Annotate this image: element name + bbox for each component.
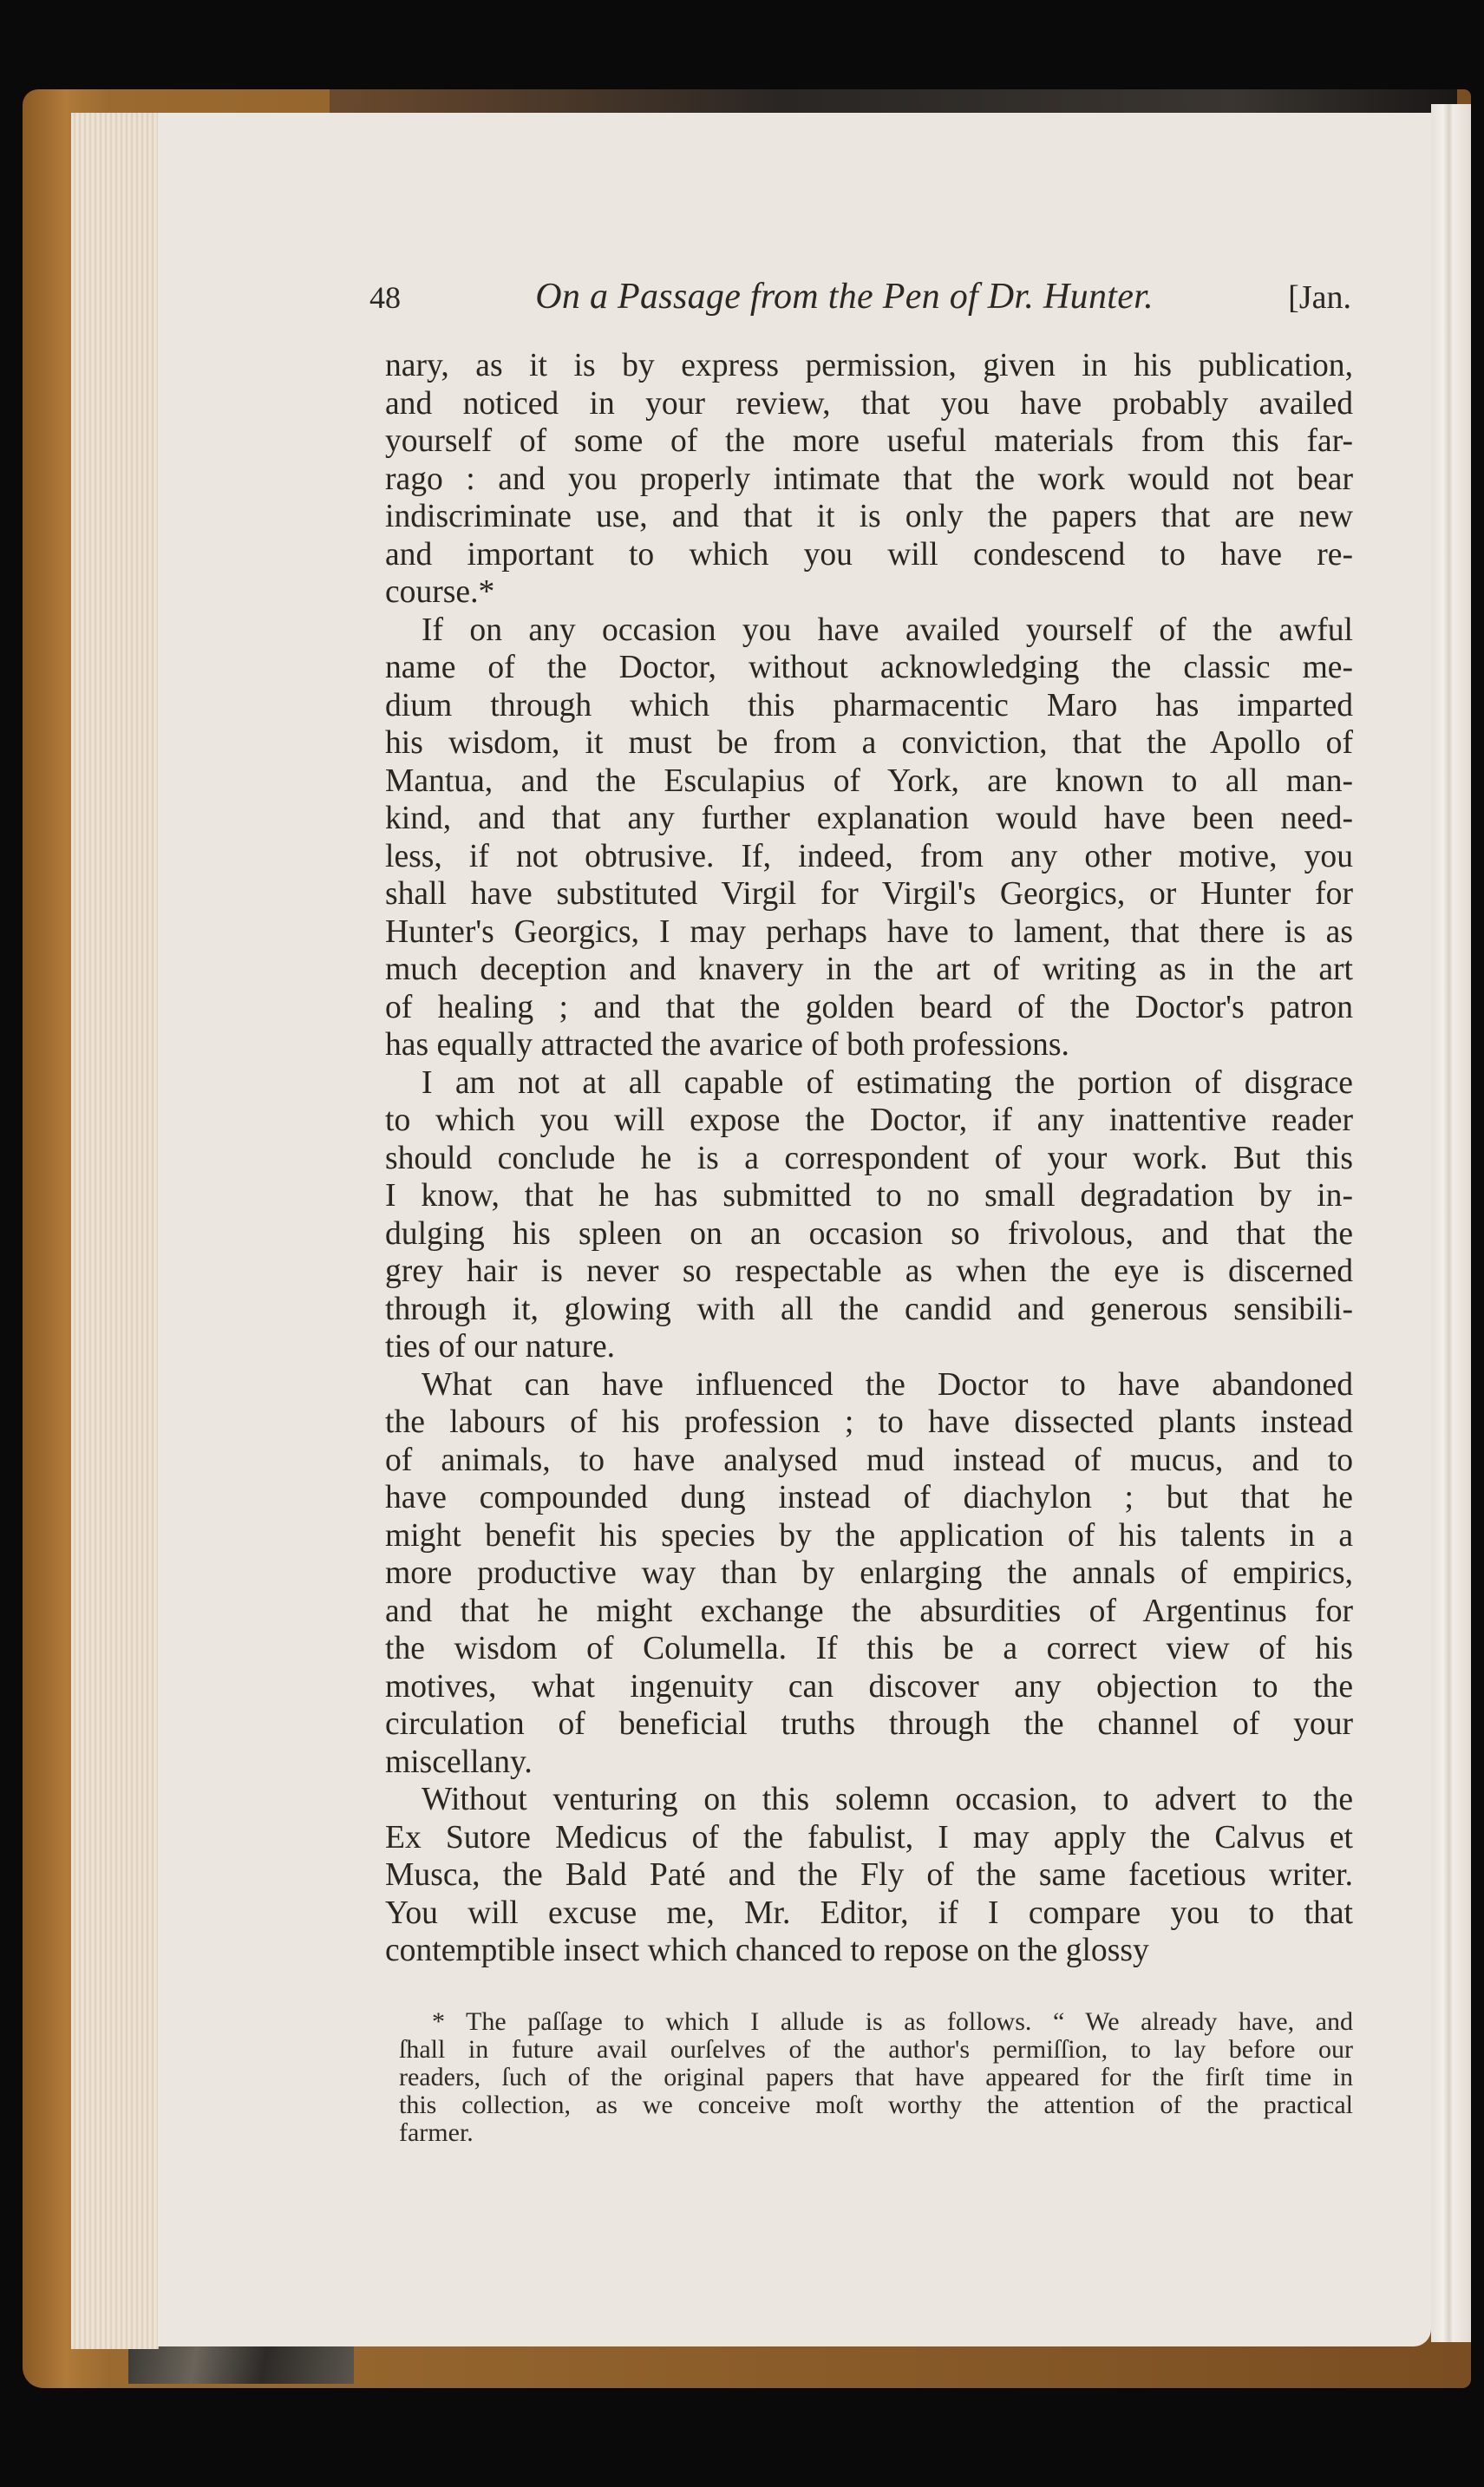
text-line: You will excuse me, Mr. Editor, if I com… [385,1895,1353,1933]
text-line: less, if not obtrusive. If, indeed, from… [385,838,1353,876]
text-line: nary, as it is by express permission, gi… [385,347,1353,385]
text-line: contemptible insect which chanced to rep… [385,1932,1353,1970]
footnote-line: this collection, as we conceive moſt wor… [399,2091,1353,2119]
text-line: of healing ; and that the golden beard o… [385,989,1353,1027]
text-line: through it, glowing with all the candid … [385,1291,1353,1329]
text-line: rago : and you properly intimate that th… [385,461,1353,499]
text-line: Musca, the Bald Paté and the Fly of the … [385,1856,1353,1895]
footnote-line: farmer. [399,2119,1353,2147]
running-title: On a Passage from the Pen of Dr. Hunter. [535,276,1154,317]
text-line: has equally attracted the avarice of bot… [385,1026,1353,1064]
cover-spine-edge [330,89,1457,114]
text-line: ties of our nature. [385,1328,1353,1366]
text-line: name of the Doctor, without acknowledgin… [385,649,1353,687]
text-line: miscellany. [385,1744,1353,1782]
text-line: indiscriminate use, and that it is only … [385,498,1353,536]
text-line: and important to which you will condesce… [385,536,1353,574]
text-line: to which you will expose the Doctor, if … [385,1102,1353,1140]
paragraph: nary, as it is by express permission, gi… [385,347,1353,612]
text-line: dulging his spleen on an occasion so fri… [385,1215,1353,1253]
body-text: nary, as it is by express permission, gi… [385,347,1353,1970]
paragraph: What can have influenced the Doctor to h… [385,1366,1353,1782]
paragraph: I am not at all capable of estimating th… [385,1064,1353,1366]
text-line: should conclude he is a correspondent of… [385,1140,1353,1178]
text-line: kind, and that any further explanation w… [385,800,1353,838]
page-number: 48 [369,279,401,316]
text-line: shall have substituted Virgil for Virgil… [385,875,1353,913]
cover-marbled-edge [128,2342,354,2384]
text-line: grey hair is never so respectable as whe… [385,1253,1353,1291]
text-line: much deception and knavery in the art of… [385,951,1353,989]
text-line: of animals, to have analysed mud instead… [385,1442,1353,1480]
footnote-line: readers, ſuch of the original papers tha… [399,2064,1353,2091]
text-line: If on any occasion you have availed your… [385,612,1353,650]
text-line: and that he might exchange the absurditi… [385,1593,1353,1631]
paragraph: Without venturing on this solemn occasio… [385,1781,1353,1970]
text-line: and noticed in your review, that you hav… [385,385,1353,423]
text-line: his wisdom, it must be from a conviction… [385,724,1353,762]
text-line: circulation of beneficial truths through… [385,1705,1353,1744]
text-line: Ex Sutore Medicus of the fabulist, I may… [385,1819,1353,1857]
text-line: What can have influenced the Doctor to h… [385,1366,1353,1404]
page-stack-left [71,113,159,2349]
footnote: * The paſſage to which I allude is as fo… [399,2008,1353,2147]
text-line: motives, what ingenuity can discover any… [385,1668,1353,1706]
text-line: Without venturing on this solemn occasio… [385,1781,1353,1819]
text-line: have compounded dung instead of diachylo… [385,1479,1353,1517]
page-edge-right [1431,104,1471,2342]
footnote-line: ſhall in future avail ourſelves of the a… [399,2036,1353,2064]
text-line: Mantua, and the Esculapius of York, are … [385,762,1353,801]
text-line: Hunter's Georgics, I may perhaps have to… [385,913,1353,952]
text-line: course.* [385,573,1353,612]
text-line: the labours of his profession ; to have … [385,1404,1353,1442]
text-line: the wisdom of Columella. If this be a co… [385,1630,1353,1668]
text-line: yourself of some of the more useful mate… [385,422,1353,461]
running-header: 48 On a Passage from the Pen of Dr. Hunt… [369,276,1351,328]
paragraph: If on any occasion you have availed your… [385,612,1353,1064]
text-line: dium through which this pharmacentic Mar… [385,687,1353,725]
footnote-line: * The paſſage to which I allude is as fo… [399,2008,1353,2036]
text-line: I know, that he has submitted to no smal… [385,1177,1353,1215]
text-line: more productive way than by enlarging th… [385,1554,1353,1593]
text-line: might benefit his species by the applica… [385,1517,1353,1555]
date-mark: [Jan. [1288,278,1351,317]
text-line: I am not at all capable of estimating th… [385,1064,1353,1103]
